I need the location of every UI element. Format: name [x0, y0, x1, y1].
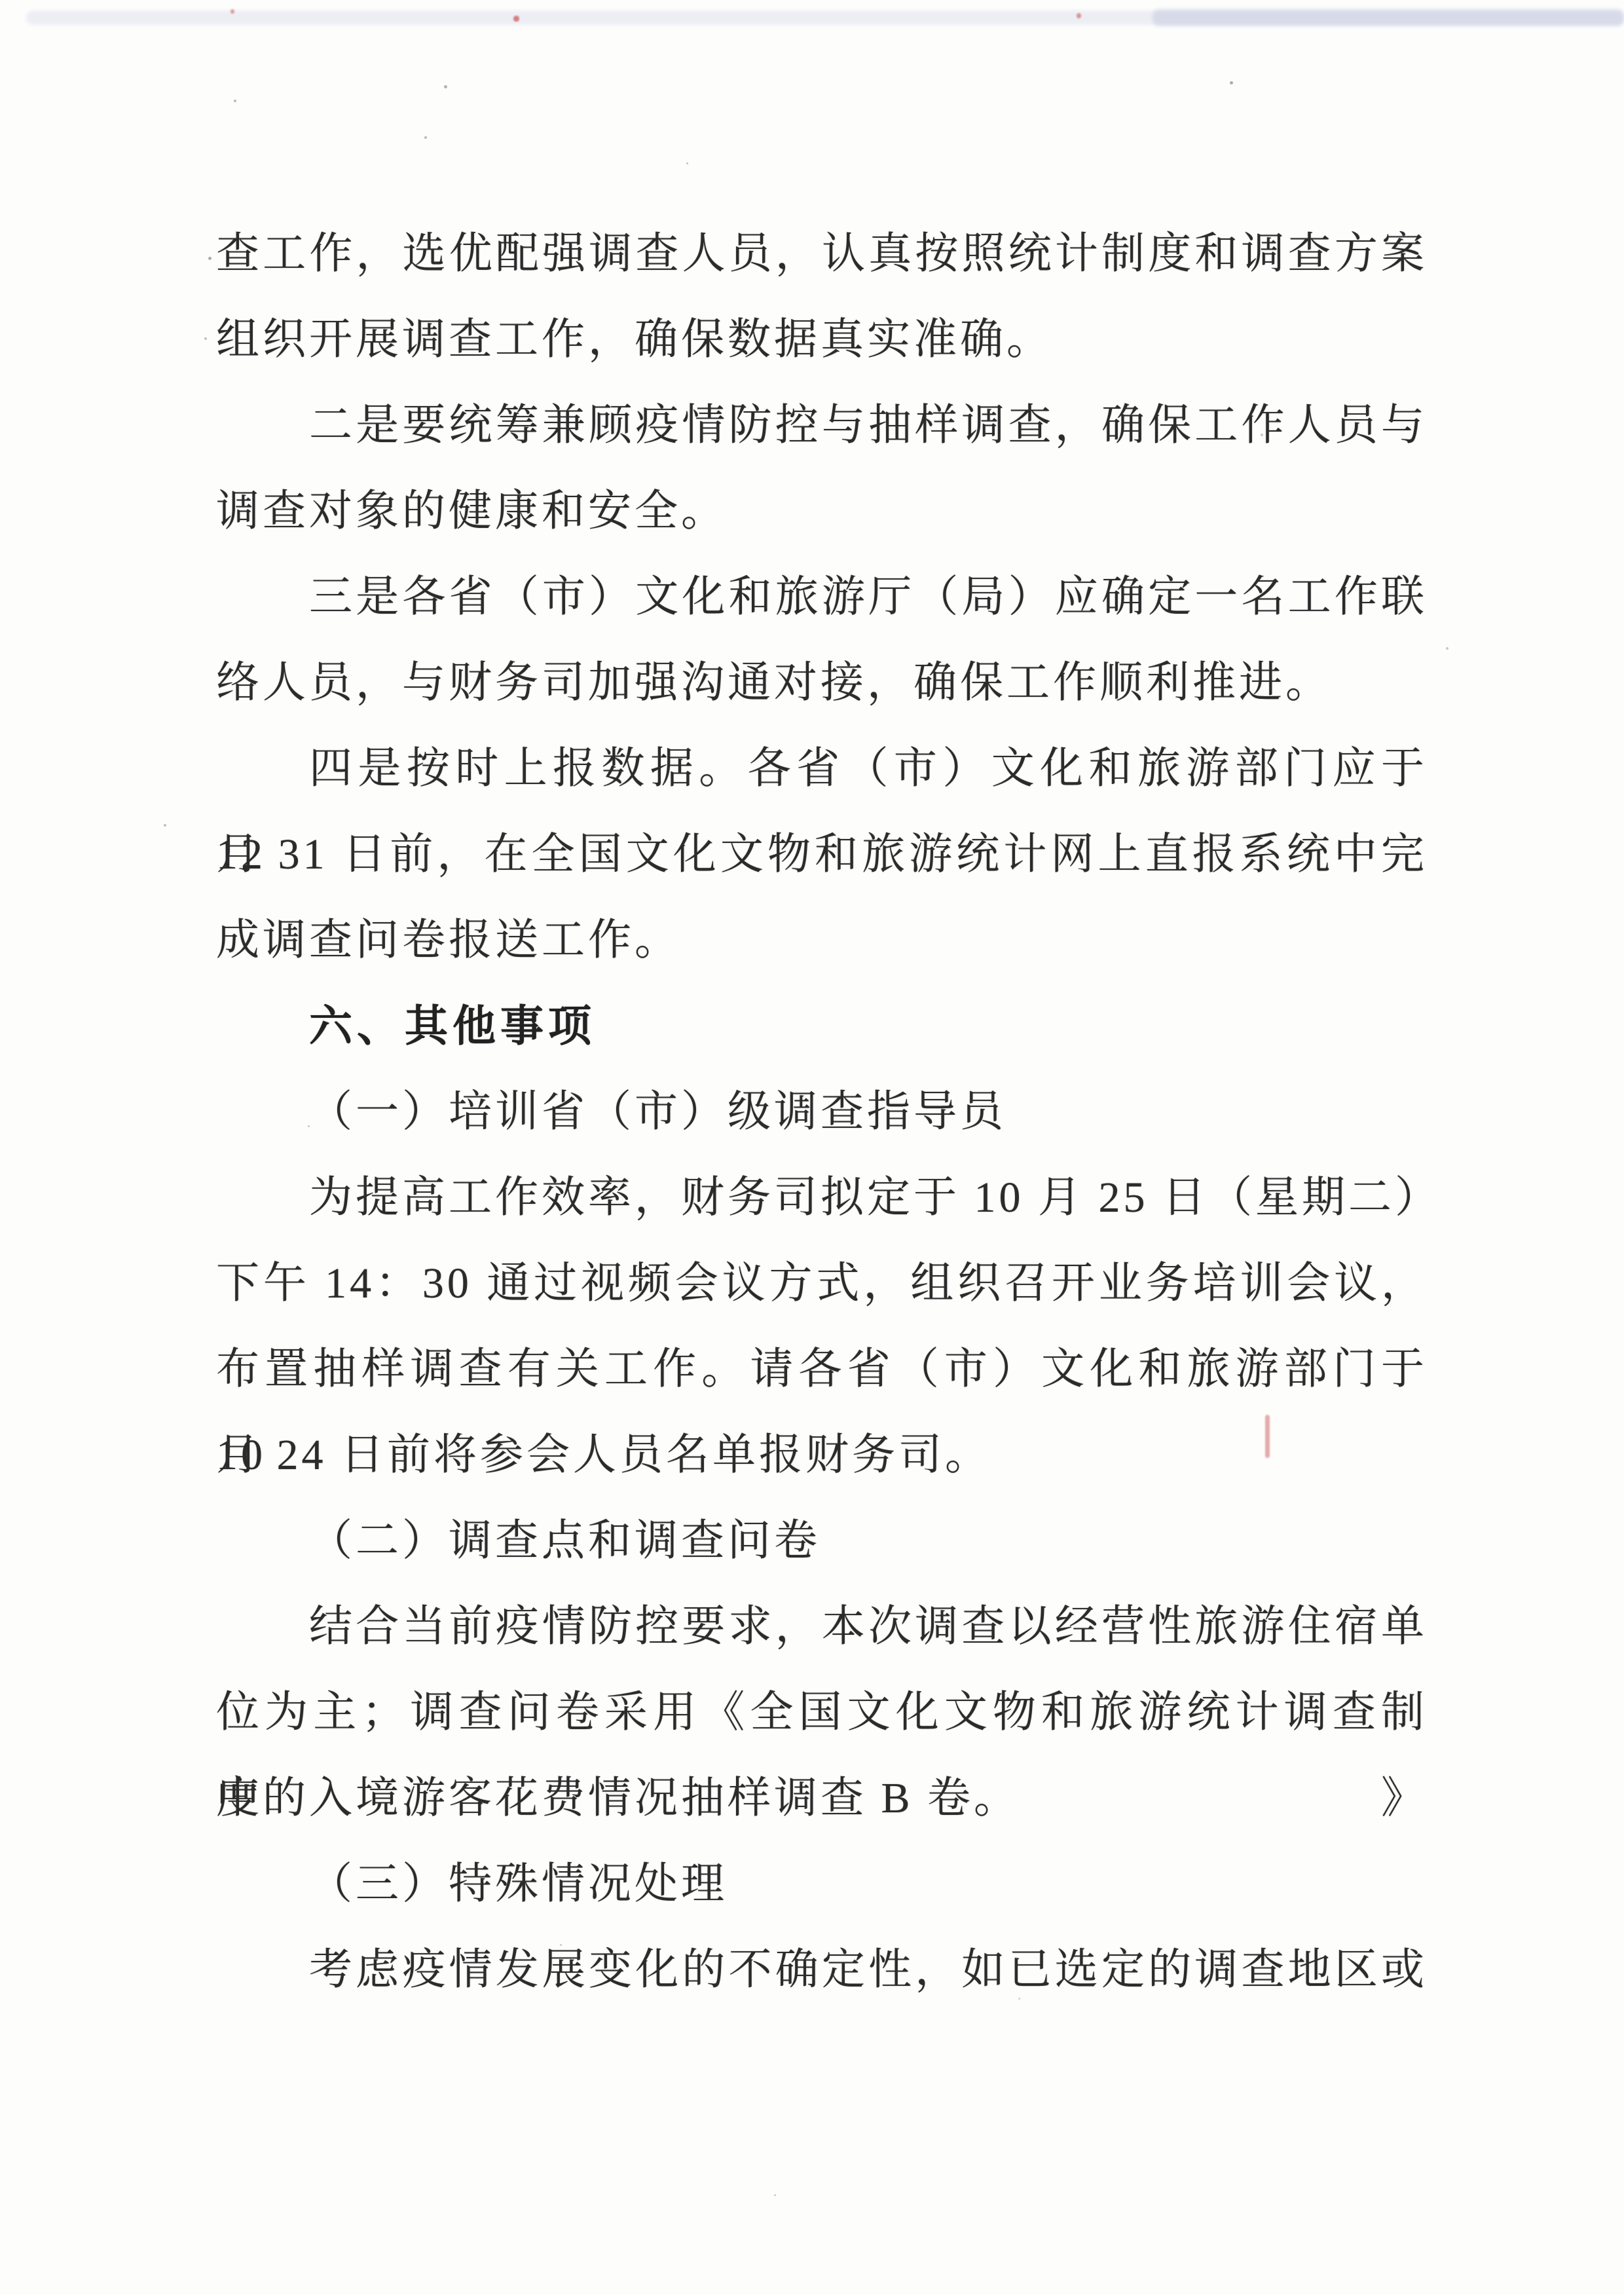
- text-line: 位为主；调查问卷采用《全国文化文物和旅游统计调查制度》: [216, 1670, 1428, 1755]
- page-background: 查工作，选优配强调查人员，认真按照统计制度和调查方案组织开展调查工作，确保数据真…: [0, 0, 1624, 2295]
- text-line: 结合当前疫情防控要求，本次调查以经营性旅游住宿单: [216, 1584, 1428, 1670]
- scan-speck: [444, 85, 447, 88]
- text-line: （一）培训省（市）级调查指导员: [216, 1069, 1428, 1155]
- scan-speck: [164, 824, 166, 827]
- text-line: 二是要统筹兼顾疫情防控与抽样调查，确保工作人员与: [216, 382, 1428, 468]
- scan-speck: [686, 162, 688, 164]
- scan-speck: [208, 257, 212, 260]
- text-line: （三）特殊情况处理: [216, 1841, 1428, 1927]
- text-line: 考虑疫情发展变化的不确定性，如已选定的调查地区或: [216, 1927, 1428, 2013]
- text-line: 月 31 日前，在全国文化文物和旅游统计网上直报系统中完: [216, 812, 1428, 897]
- text-line: 成调查问卷报送工作。: [216, 897, 1428, 983]
- scan-streak: [26, 10, 1624, 25]
- scan-speck: [774, 2194, 776, 2196]
- document-text-block: 查工作，选优配强调查人员，认真按照统计制度和调查方案组织开展调查工作，确保数据真…: [216, 211, 1428, 2013]
- text-line: 三是各省（市）文化和旅游厅（局）应确定一名工作联: [216, 554, 1428, 640]
- text-line: 组织开展调查工作，确保数据真实准确。: [216, 297, 1428, 382]
- scan-streak: [1153, 9, 1624, 26]
- text-line: 月 24 日前将参会人员名单报财务司。: [216, 1412, 1428, 1498]
- red-scan-mark: [1077, 13, 1081, 18]
- text-line: 布置抽样调查有关工作。请各省（市）文化和旅游部门于 10: [216, 1326, 1428, 1412]
- text-line: 下午 14：30 通过视频会议方式，组织召开业务培训会议，: [216, 1241, 1428, 1326]
- scan-speck: [234, 100, 236, 102]
- red-scan-mark: [231, 9, 234, 14]
- text-line: 四是按时上报数据。各省（市）文化和旅游部门应于 12: [216, 726, 1428, 812]
- section-heading-line: 六、其他事项: [216, 983, 1428, 1069]
- text-line: 调查对象的健康和安全。: [216, 468, 1428, 554]
- scan-speck: [204, 337, 207, 340]
- scan-speck: [1230, 81, 1233, 84]
- red-scan-mark: [513, 16, 519, 22]
- text-line: 络人员，与财务司加强沟通对接，确保工作顺利推进。: [216, 640, 1428, 726]
- text-line: 为提高工作效率，财务司拟定于 10 月 25 日（星期二）: [216, 1155, 1428, 1241]
- scan-speck: [1446, 647, 1449, 650]
- text-line: 查工作，选优配强调查人员，认真按照统计制度和调查方案: [216, 211, 1428, 297]
- text-line: （二）调查点和调查问卷: [216, 1498, 1428, 1584]
- scan-speck: [424, 136, 427, 139]
- scanned-document-page: { "document": { "kind": "scanned officia…: [0, 0, 1624, 2295]
